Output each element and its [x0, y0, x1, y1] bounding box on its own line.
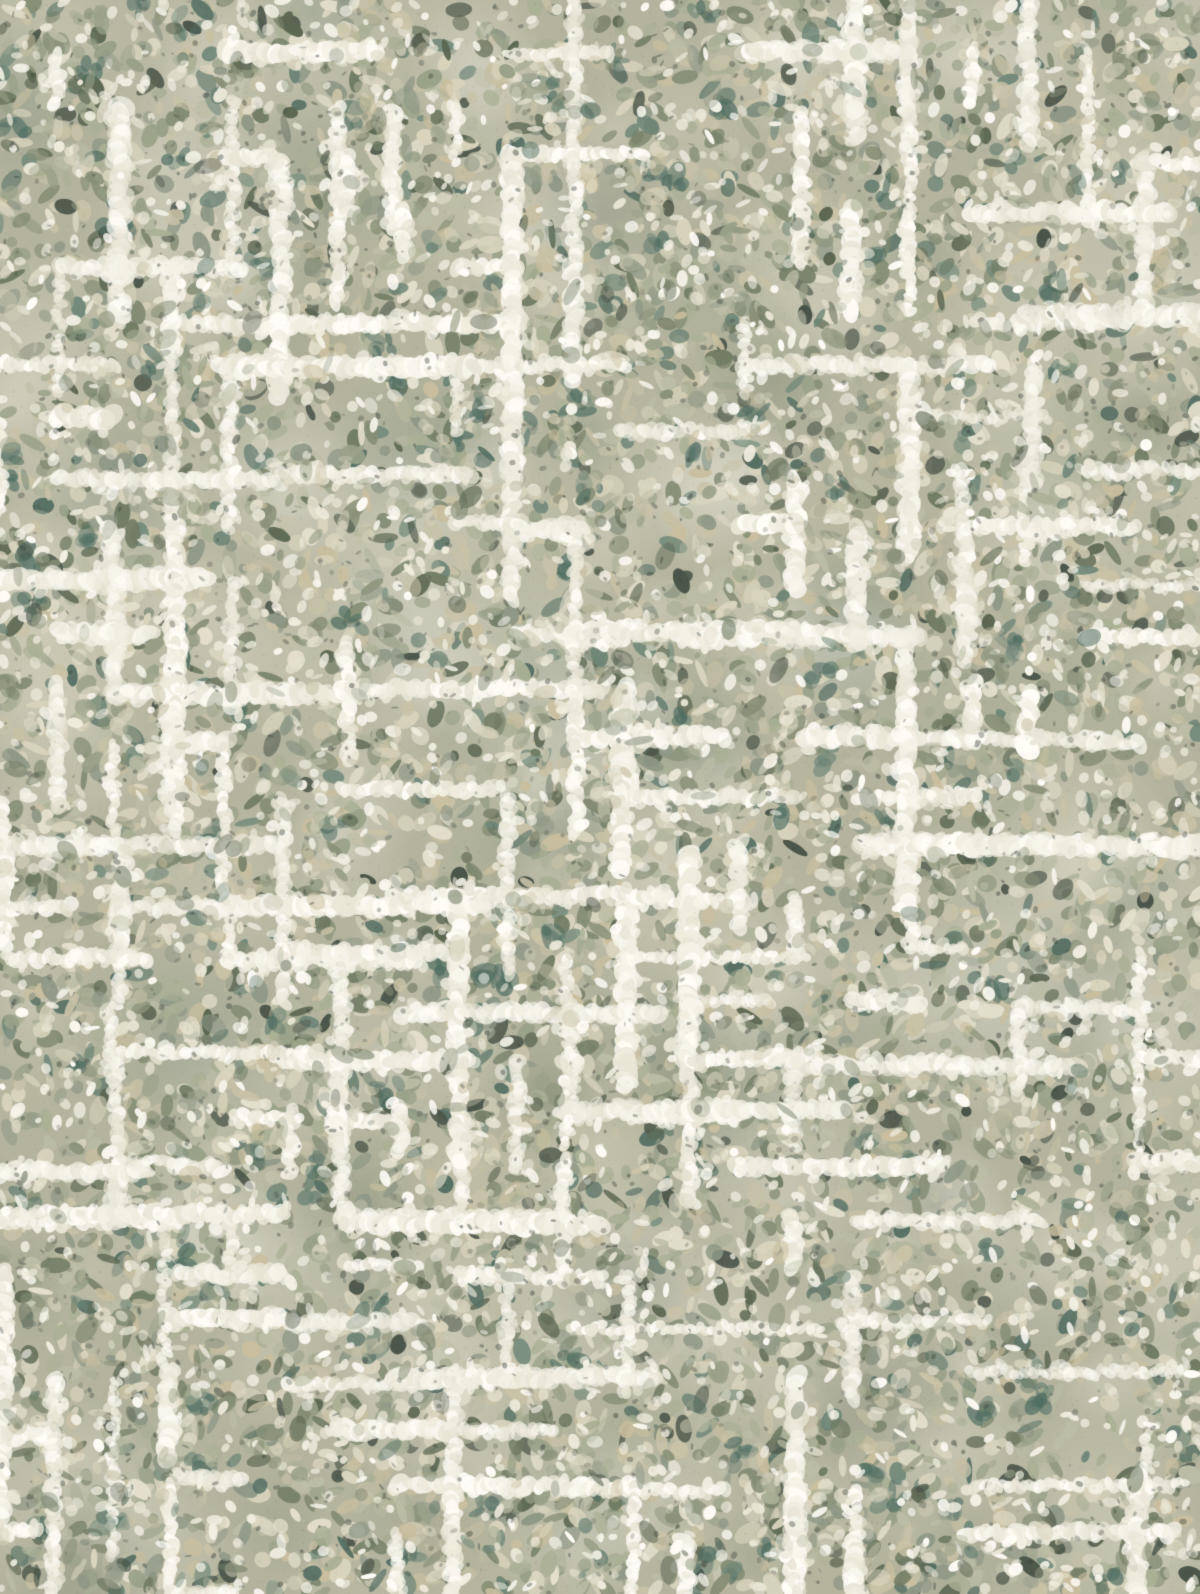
rug-texture-photo [0, 0, 1200, 1594]
rug-texture-canvas [0, 0, 1200, 1594]
